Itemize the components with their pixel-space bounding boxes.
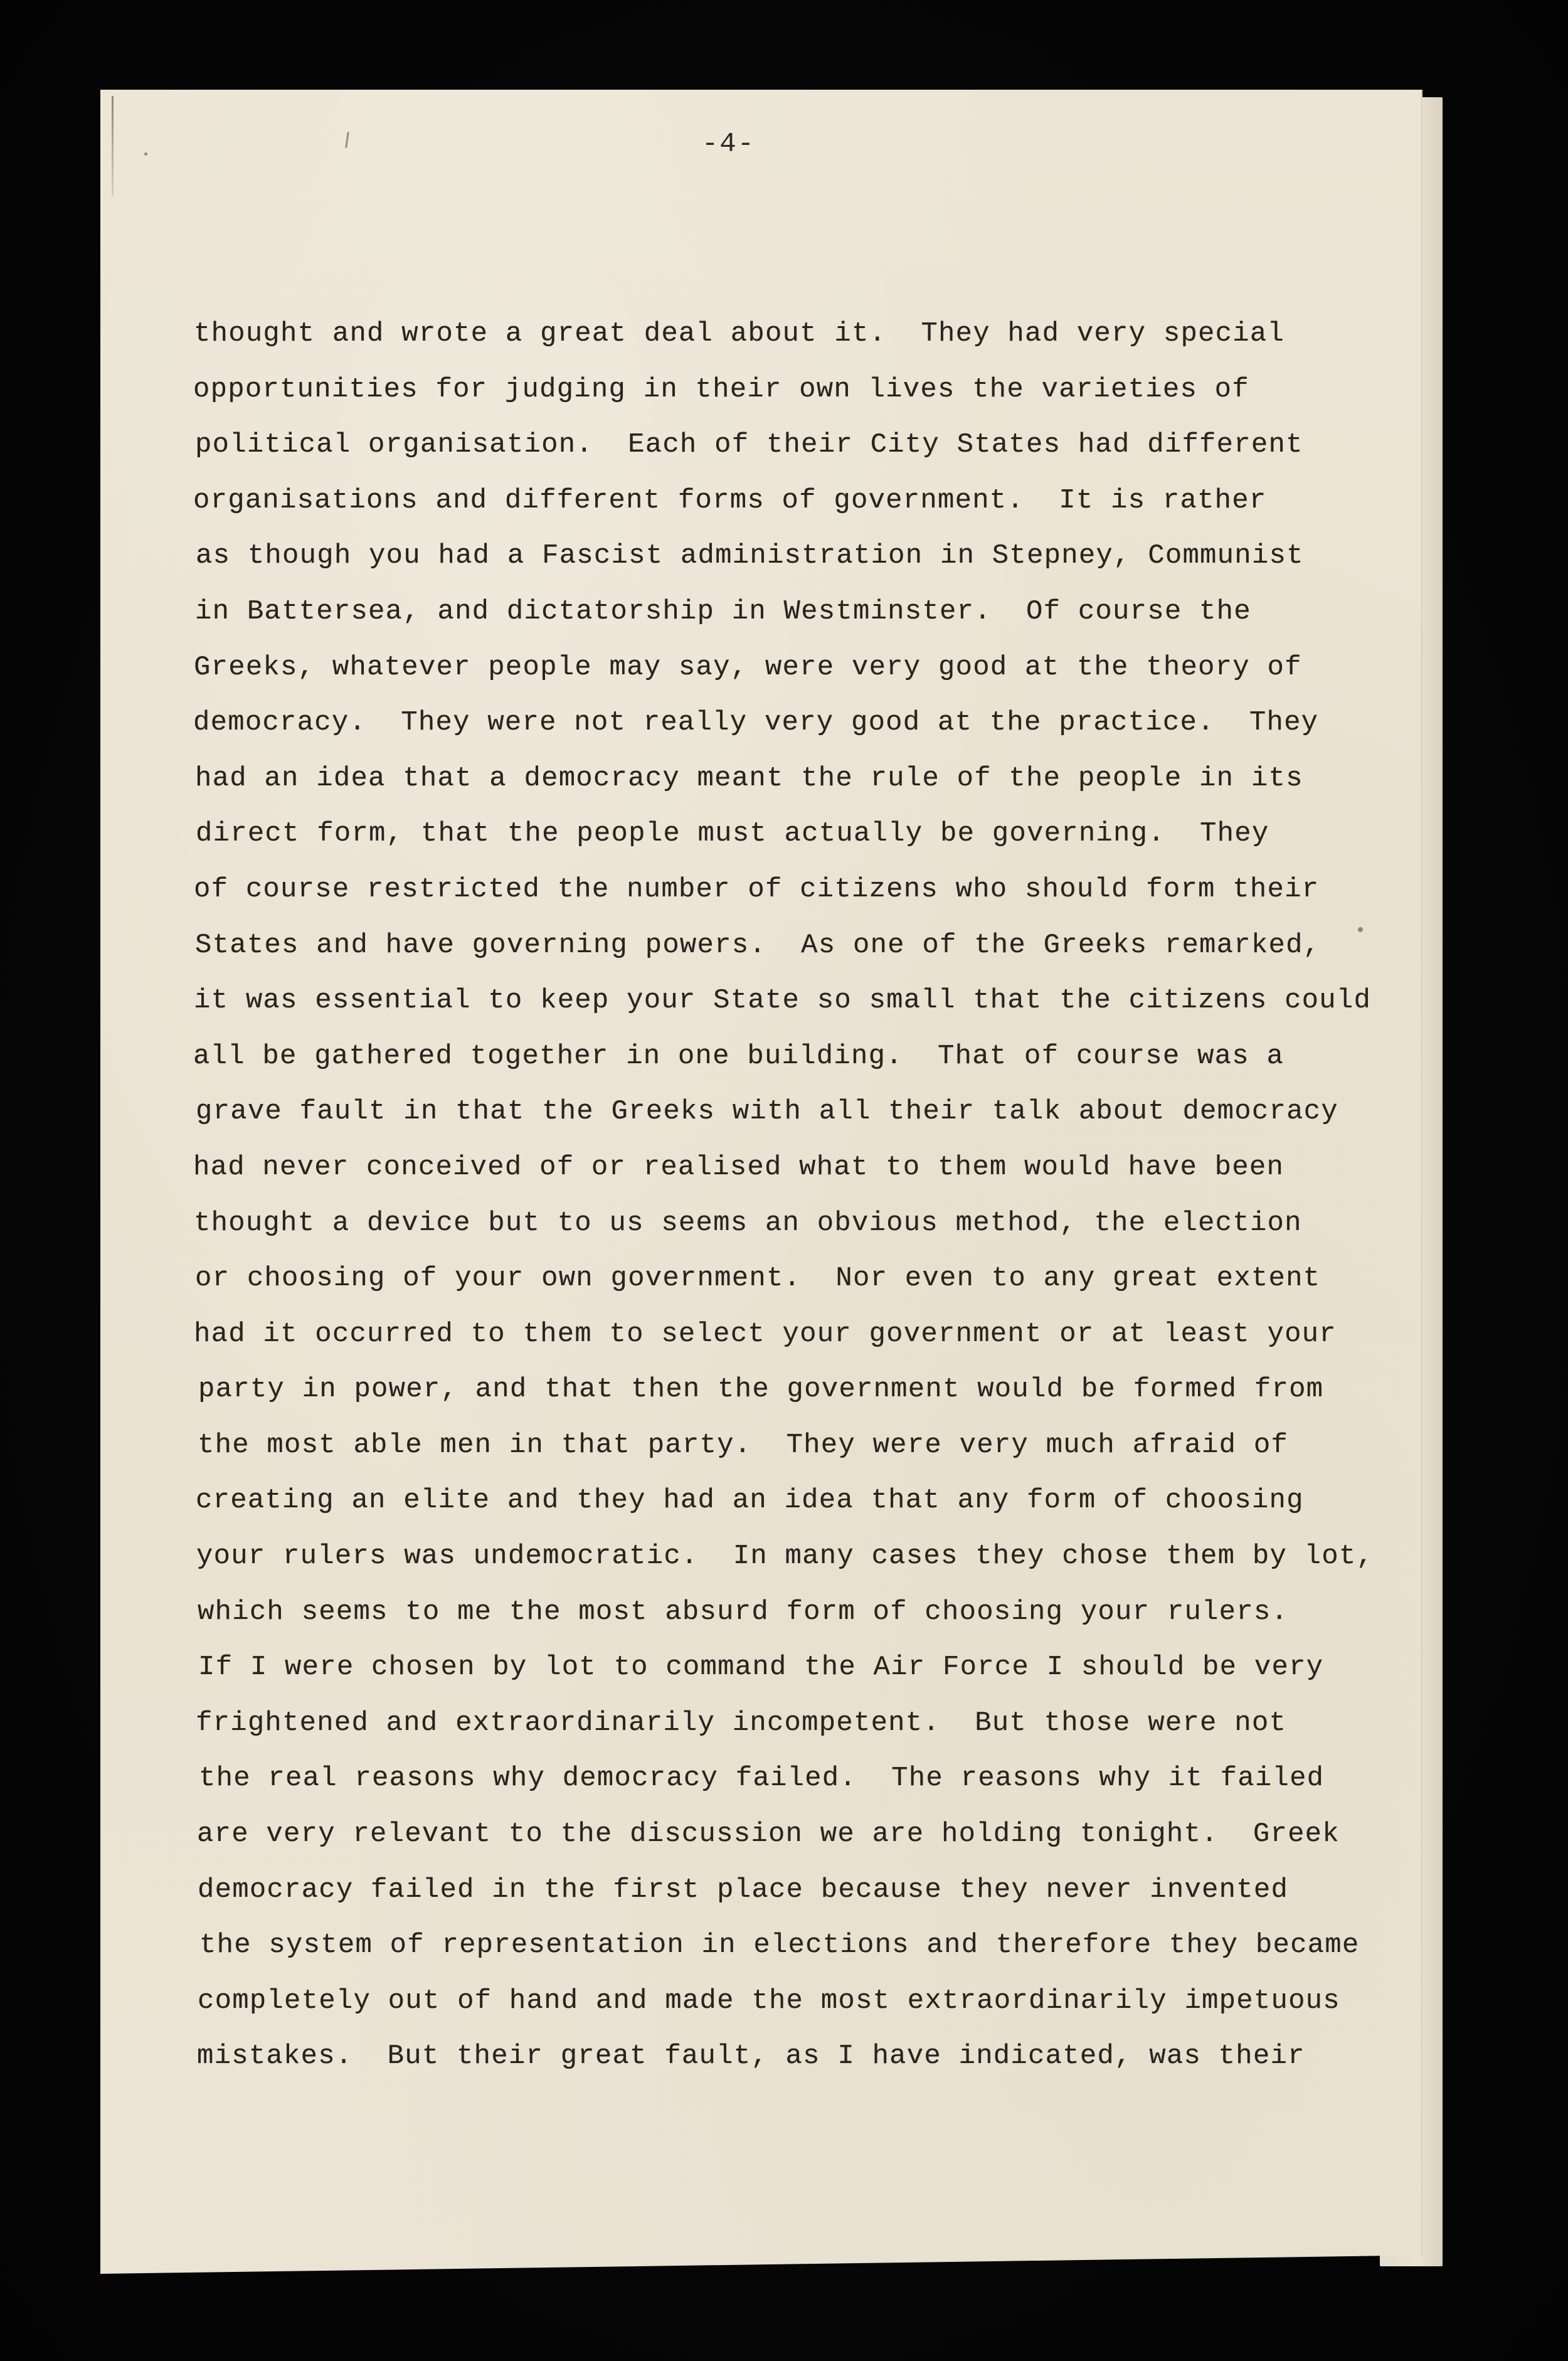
text-line: opportunities for judging in their own l…: [193, 362, 1373, 418]
text-line: creating an elite and they had an idea t…: [193, 1473, 1373, 1529]
text-line: party in power, and that then the govern…: [196, 1362, 1375, 1418]
text-line: or choosing of your own government. Nor …: [195, 1251, 1375, 1307]
text-line: had it occurred to them to select your g…: [194, 1307, 1374, 1362]
text-line: the real reasons why democracy failed. T…: [195, 1751, 1375, 1807]
paper-speck: [144, 152, 147, 156]
text-line: had an idea that a democracy meant the r…: [195, 751, 1375, 807]
text-line: the system of representation in election…: [196, 1918, 1375, 1973]
page-number: -4-: [100, 129, 1422, 160]
document-page: -4- thought and wrote a great deal about…: [100, 90, 1422, 2274]
text-line: as though you had a Fascist administrati…: [196, 528, 1375, 584]
text-line: thought and wrote a great deal about it.…: [194, 306, 1374, 362]
text-line: States and have governing powers. As one…: [195, 918, 1375, 974]
text-line: which seems to me the most absurd form o…: [195, 1584, 1375, 1640]
text-line: organisations and different forms of gov…: [193, 473, 1373, 529]
text-line: Greeks, whatever people may say, were ve…: [194, 640, 1374, 696]
text-line: it was essential to keep your State so s…: [194, 973, 1374, 1029]
text-line: direct form, that the people must actual…: [196, 806, 1375, 862]
text-line: all be gathered together in one building…: [193, 1029, 1373, 1085]
text-line: thought a device but to us seems an obvi…: [194, 1196, 1374, 1251]
text-line: If I were chosen by lot to command the A…: [196, 1640, 1375, 1695]
text-line: your rulers was undemocratic. In many ca…: [194, 1529, 1374, 1584]
text-line: frightened and extraordinarily incompete…: [193, 1695, 1373, 1751]
text-line: completely out of hand and made the most…: [194, 1973, 1374, 2029]
text-line: democracy. They were not really very goo…: [193, 695, 1373, 751]
text-line: in Battersea, and dictatorship in Westmi…: [195, 584, 1375, 640]
text-line: mistakes. But their great fault, as I ha…: [193, 2029, 1373, 2084]
typewritten-body: thought and wrote a great deal about it.…: [193, 306, 1373, 2084]
text-line: grave fault in that the Greeks with all …: [196, 1084, 1375, 1140]
text-line: political organisation. Each of their Ci…: [195, 417, 1375, 473]
text-line: democracy failed in the first place beca…: [194, 1862, 1374, 1918]
text-line: had never conceived of or realised what …: [193, 1140, 1373, 1196]
text-line: of course restricted the number of citiz…: [194, 862, 1374, 918]
text-line: are very relevant to the discussion we a…: [193, 1807, 1373, 1862]
text-line: the most able men in that party. They we…: [195, 1418, 1375, 1473]
paper-speck: [1358, 927, 1363, 932]
